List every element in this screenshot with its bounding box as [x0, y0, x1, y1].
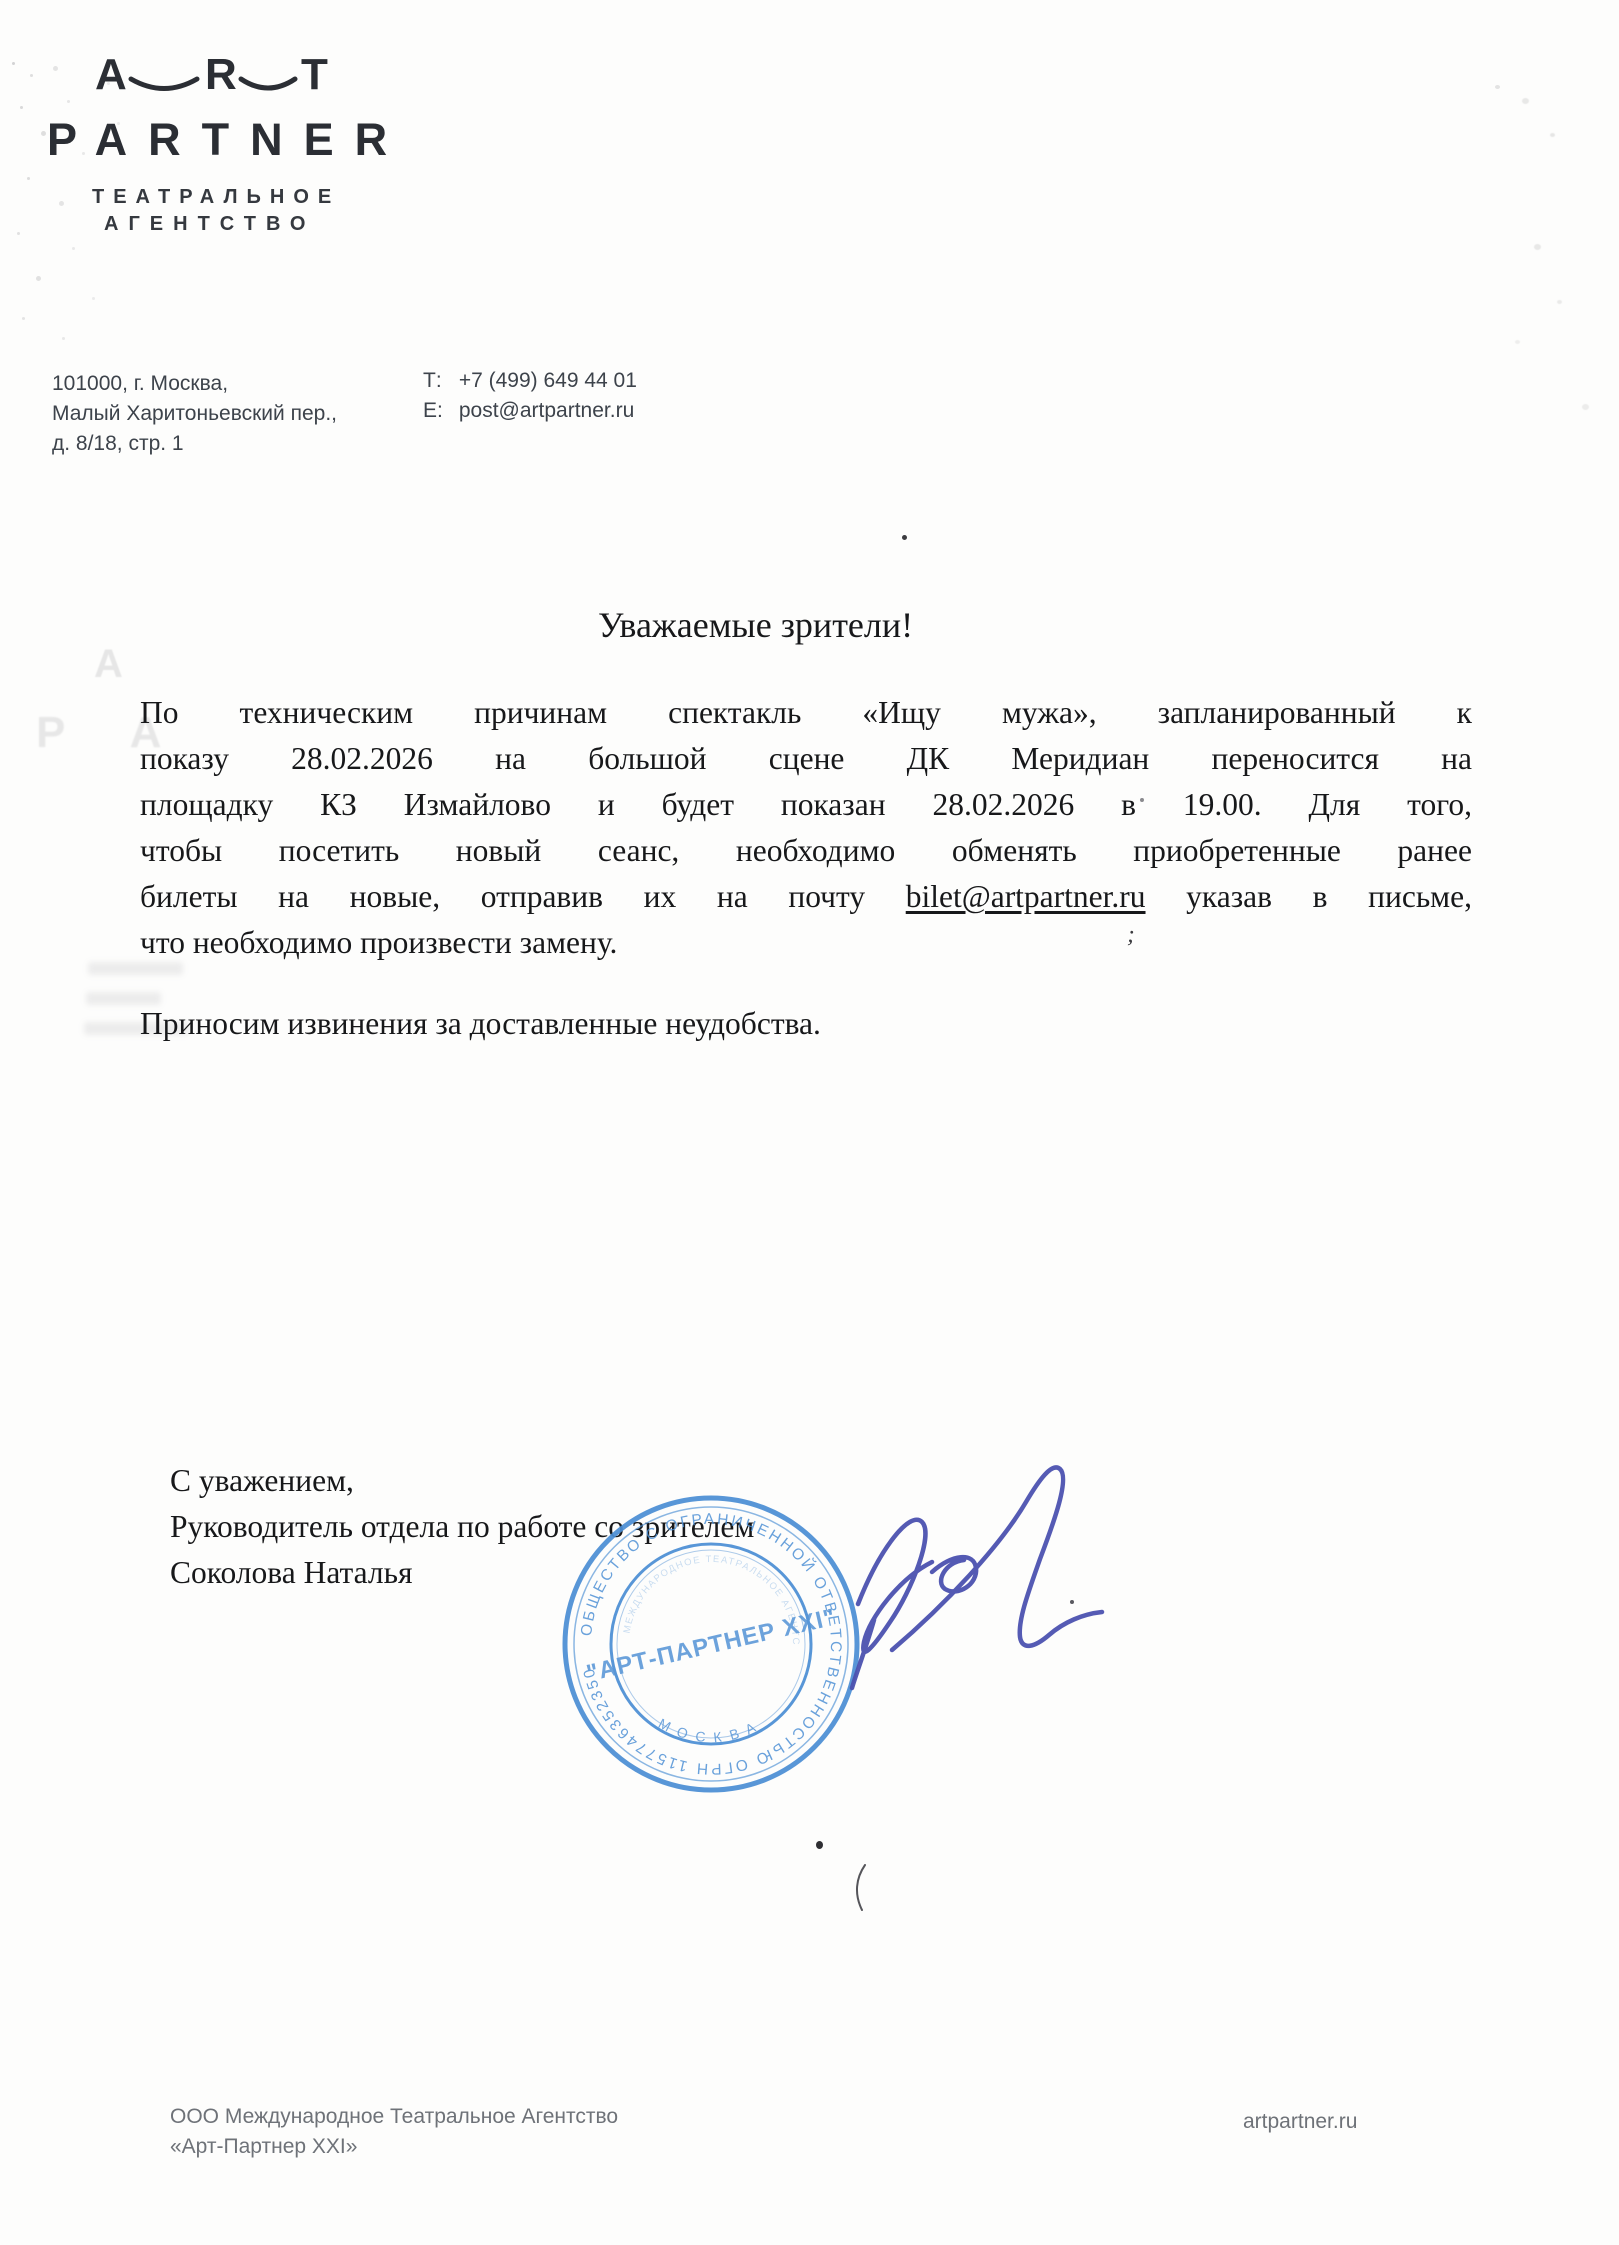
body-text: указав в письме, [1146, 879, 1472, 914]
body-line: По техническим причинам спектакль «Ищу м… [140, 690, 1472, 736]
logo-letter-t: T [301, 50, 328, 100]
handwritten-signature [848, 1452, 1118, 1722]
address-line: д. 8/18, стр. 1 [52, 429, 337, 459]
footer-company-name: ООО Международное Театральное Агентство … [170, 2102, 618, 2162]
body-line-with-email: билеты на новые, отправив их на почту bi… [140, 874, 1472, 920]
logo-swoosh-icon [128, 74, 200, 96]
logo-letter-a: A [95, 50, 127, 100]
ghost-bleed-letter: А [94, 642, 123, 687]
salutation: Уважаемые зрители! [598, 604, 913, 646]
body-line: показу 28.02.2026 на большой сцене ДК Ме… [140, 736, 1472, 782]
company-address: 101000, г. Москва, Малый Харитоньевский … [52, 369, 337, 459]
logo-tagline-line2: АГЕНТСТВО [104, 213, 315, 236]
stray-squiggle-artifact [852, 1862, 870, 1914]
letter-body: По техническим причинам спектакль «Ищу м… [140, 690, 1472, 966]
ink-dot-artifact [1070, 1600, 1074, 1604]
footer-company-line2: «Арт-Партнер XXI» [170, 2132, 618, 2162]
svg-text:МОСКВА: МОСКВА [656, 1715, 766, 1745]
phone-row: Т: +7 (499) 649 44 01 [423, 369, 637, 393]
company-stamp: ОБЩЕСТВО С ОГРАНИЧЕННОЙ ОТВЕТСТВЕННОСТЬЮ… [561, 1494, 861, 1794]
email-row: Е: post@artpartner.ru [423, 399, 634, 423]
footer-website: artpartner.ru [1243, 2110, 1357, 2134]
address-line: Малый Харитоньевский пер., [52, 399, 337, 429]
phone-number: +7 (499) 649 44 01 [459, 369, 637, 392]
ink-dot-artifact [902, 535, 907, 540]
ink-dot-artifact [816, 1841, 823, 1849]
logo-tagline-line1: ТЕАТРАЛЬНОЕ [92, 186, 340, 209]
apology-line: Приносим извинения за доставленные неудо… [140, 1006, 821, 1042]
body-text: билеты на новые, отправив их на почту [140, 879, 906, 914]
body-line: что необходимо произвести замену. [140, 920, 1472, 966]
body-line: площадку КЗ Измайлово и будет показан 28… [140, 782, 1472, 828]
logo-swoosh-icon [238, 74, 298, 96]
email-address: post@artpartner.ru [459, 399, 634, 422]
body-line: чтобы посетить новый сеанс, необходимо о… [140, 828, 1472, 874]
ink-dot-artifact [1140, 798, 1144, 802]
exchange-email-link: bilet@artpartner.ru [906, 879, 1146, 914]
stamp-city-text: МОСКВА [656, 1715, 766, 1745]
email-label: Е: [423, 399, 453, 423]
scan-noise-top-left [12, 62, 15, 65]
footer-company-line1: ООО Международное Театральное Агентство [170, 2102, 618, 2132]
stamp-center-text: "АРТ-ПАРТНЕР XXI" [584, 1604, 839, 1688]
address-line: 101000, г. Москва, [52, 369, 337, 399]
scan-noise-top-right [1495, 85, 1500, 89]
logo-letter-r: R [205, 50, 237, 100]
ghost-bleed-smudge [86, 992, 161, 1005]
phone-label: Т: [423, 369, 453, 393]
logo-partner-wordmark: PARTNER [47, 114, 408, 166]
scanned-letter-page: A R T PARTNER ТЕАТРАЛЬНОЕ АГЕНТСТВО 1010… [0, 0, 1619, 2245]
